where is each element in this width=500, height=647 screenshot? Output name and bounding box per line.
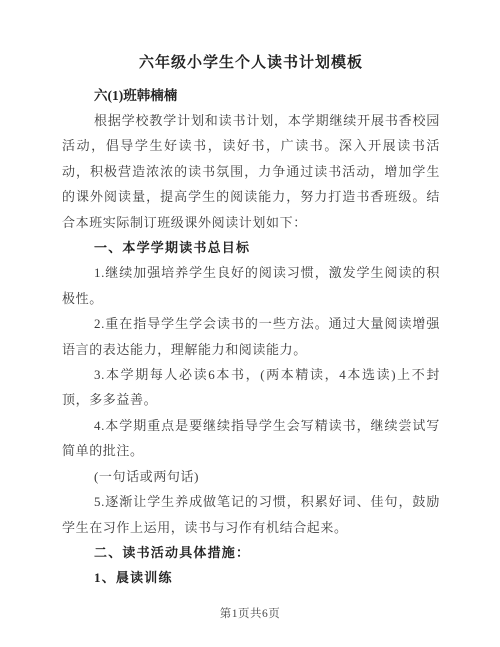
paragraph: 2.重在指导学生学会读书的一些方法。通过大量阅读增强语言的表达能力，理解能力和阅…	[62, 311, 440, 362]
page-number-footer: 第1页共6页	[0, 605, 500, 621]
paragraph: 二、读书活动具体措施：	[62, 540, 440, 565]
paragraph: 1.继续加强培养学生良好的阅读习惯，激发学生阅读的积极性。	[62, 260, 440, 311]
paragraph: 3.本学期每人必读6本书，(两本精读，4本选读)上不封顶，多多益善。	[62, 362, 440, 413]
paragraph: 根据学校教学计划和读书计划，本学期继续开展书香校园活动，倡导学生好读书，读好书，…	[62, 108, 440, 235]
document-body: 根据学校教学计划和读书计划，本学期继续开展书香校园活动，倡导学生好读书，读好书，…	[62, 108, 440, 591]
paragraph: 4.本学期重点是要继续指导学生会写精读书，继续尝试写简单的批注。	[62, 413, 440, 464]
paragraph: 1、晨读训练	[62, 565, 440, 590]
paragraph: (一句话或两句话)	[62, 464, 440, 489]
paragraph: 一、本学学期读书总目标	[62, 235, 440, 260]
author-line: 六(1)班韩楠楠	[62, 83, 440, 108]
document-page: 六年级小学生个人读书计划模板 六(1)班韩楠楠 根据学校教学计划和读书计划，本学…	[0, 0, 500, 647]
document-content: 六年级小学生个人读书计划模板 六(1)班韩楠楠 根据学校教学计划和读书计划，本学…	[62, 50, 440, 591]
paragraph: 5.逐渐让学生养成做笔记的习惯，积累好词、佳句，鼓励学生在习作上运用，读书与习作…	[62, 489, 440, 540]
document-title: 六年级小学生个人读书计划模板	[62, 50, 440, 76]
